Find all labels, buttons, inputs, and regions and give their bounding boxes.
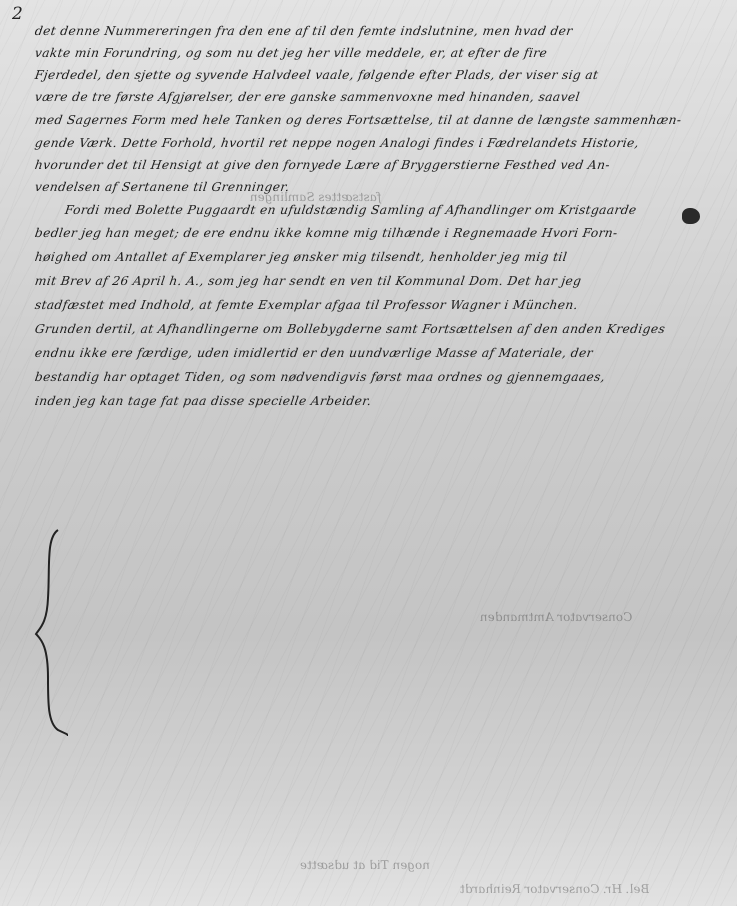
text-line: vendelsen af Sertanene til Grenninger.	[34, 180, 731, 194]
text-line: vakte min Forundring, og som nu det jeg …	[34, 46, 731, 60]
bleed-through-text: Bel. Hr. Conservator Reinhardt	[459, 882, 650, 896]
text-line: stadfæstet med Indhold, at femte Exempla…	[34, 298, 731, 312]
text-line: høighed om Antallet af Exemplarer jeg øn…	[34, 250, 731, 264]
page-number: 2	[12, 4, 23, 24]
text-line: inden jeg kan tage fat paa disse speciel…	[34, 394, 731, 408]
bleed-through-text: Conservator Amtmanden	[479, 610, 633, 624]
text-line: med Sagernes Form med hele Tanken og der…	[34, 113, 731, 127]
text-line: bestandig har optaget Tiden, og som nødv…	[34, 370, 731, 384]
margin-bracket-icon	[28, 528, 68, 738]
paragraph-start-line: Fordi med Bolette Puggaardt en ufuldstæn…	[64, 203, 731, 217]
text-line: det denne Nummereringen fra den ene af t…	[34, 24, 731, 38]
bleed-through-text: nogen Tid at udsætte	[299, 858, 431, 872]
text-line: hvorunder det til Hensigt at give den fo…	[34, 158, 731, 172]
text-line: være de tre første Afgjørelser, der ere …	[34, 90, 731, 104]
text-line: mit Brev af 26 April h. A., som jeg har …	[34, 274, 731, 288]
text-line: Grunden dertil, at Afhandlingerne om Bol…	[34, 322, 731, 336]
manuscript-page: 2 fastsættes Samlingen Conservator Amtma…	[0, 0, 737, 906]
text-line: bedler jeg han meget; de ere endnu ikke …	[34, 226, 731, 240]
text-line: Fjerdedel, den sjette og syvende Halvdee…	[34, 68, 731, 82]
text-line: endnu ikke ere færdige, uden imidlertid …	[34, 346, 731, 360]
text-line: gende Værk. Dette Forhold, hvortil ret n…	[34, 136, 731, 150]
